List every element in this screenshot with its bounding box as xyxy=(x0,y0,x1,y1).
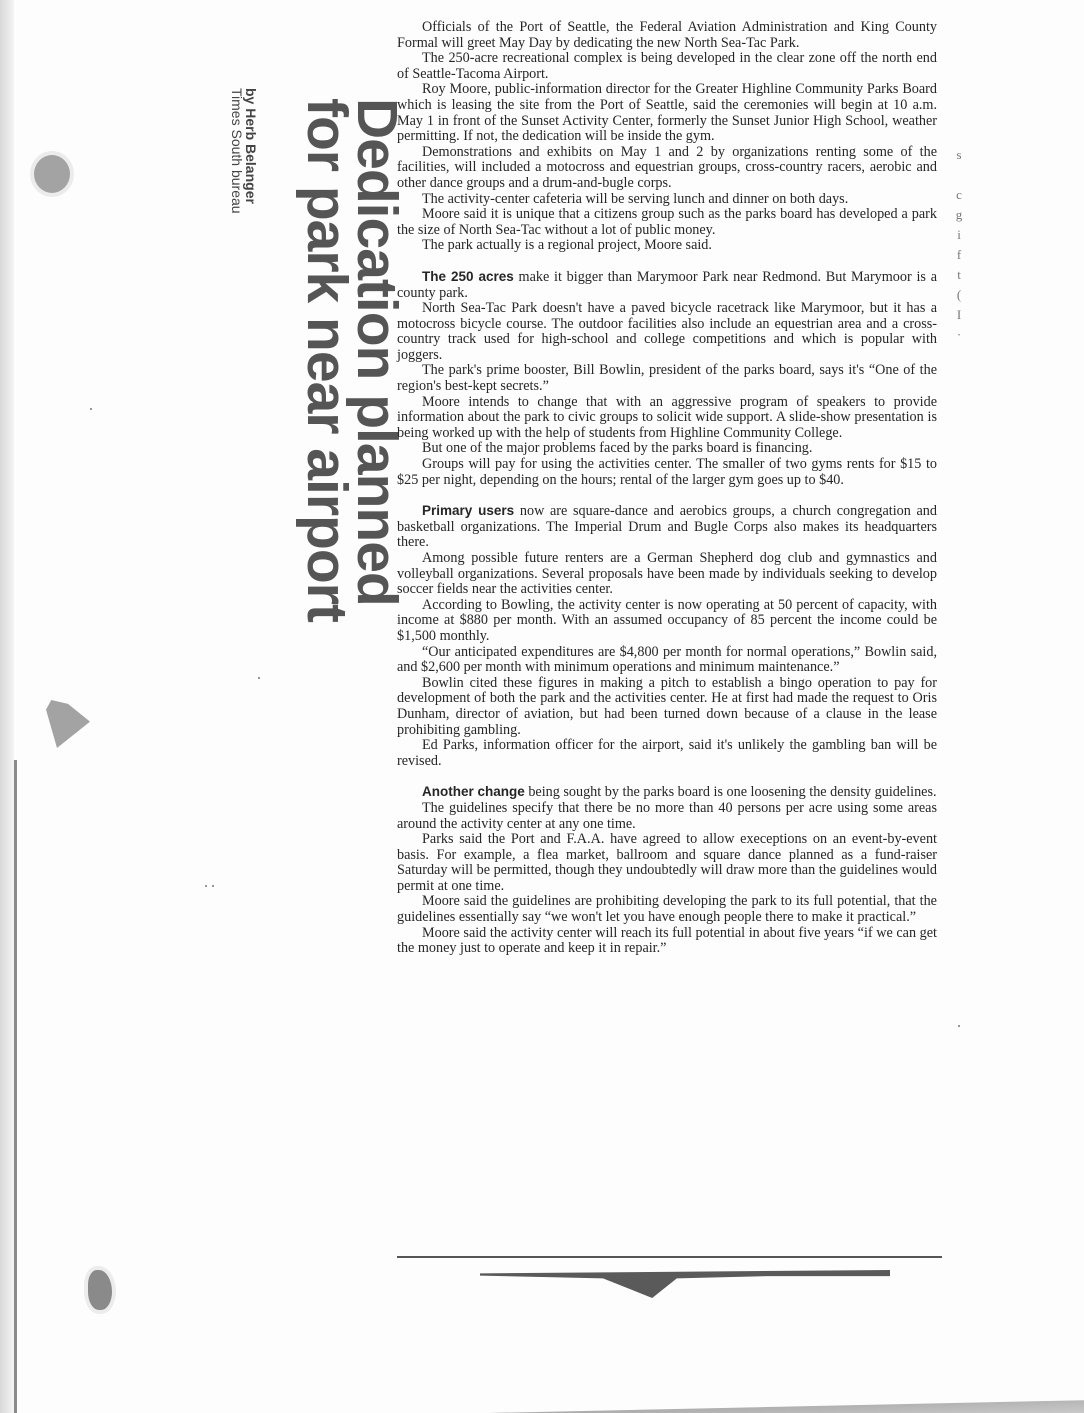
article-paragraph: Moore said it is unique that a citizens … xyxy=(397,207,937,238)
article-paragraph: Moore intends to change that with an agg… xyxy=(397,395,937,442)
speck xyxy=(212,885,214,887)
byline-author: by Herb Belanger xyxy=(244,88,258,214)
headline-block: Dedication planned for park near airport… xyxy=(158,88,408,648)
fragment-char: g xyxy=(954,205,964,225)
paragraph-text: Moore said it is unique that a citizens … xyxy=(397,206,937,238)
article-paragraph: The 250-acre recreational complex is bei… xyxy=(397,51,937,82)
paragraph-text: But one of the major problems faced by t… xyxy=(422,440,812,456)
article-paragraph: Primary users now are square-dance and a… xyxy=(397,503,937,551)
article-paragraph: Roy Moore, public-information director f… xyxy=(397,82,937,144)
paragraph-text: The park actually is a regional project,… xyxy=(422,237,712,253)
speck xyxy=(90,408,92,410)
headline-line-1: Dedication planned xyxy=(352,98,402,658)
article-paragraph: Officials of the Port of Seattle, the Fe… xyxy=(397,20,937,51)
article-paragraph: Among possible future renters are a Germ… xyxy=(397,551,937,598)
punch-hole xyxy=(88,1270,112,1310)
paragraph-text: The guidelines specify that there be no … xyxy=(397,800,937,832)
paragraph-text: Roy Moore, public-information director f… xyxy=(397,81,937,144)
paragraph-text: Moore said the guidelines are prohibitin… xyxy=(397,893,937,925)
fragment-char: i xyxy=(954,225,964,245)
article-paragraph: Another change being sought by the parks… xyxy=(397,784,937,801)
article-paragraph: Ed Parks, information officer for the ai… xyxy=(397,738,937,769)
article-paragraph: Bowlin cited these figures in making a p… xyxy=(397,676,937,738)
paragraph-text: Groups will pay for using the activities… xyxy=(397,456,937,488)
paragraph-text: Among possible future renters are a Germ… xyxy=(397,550,937,597)
article-paragraph: Moore said the guidelines are prohibitin… xyxy=(397,894,937,925)
byline-bureau: Times South bureau xyxy=(230,88,244,214)
paragraph-text: The activity-center cafeteria will be se… xyxy=(422,191,848,207)
paragraph-text: Officials of the Port of Seattle, the Fe… xyxy=(397,19,937,51)
paragraph-text: Moore said the activity center will reac… xyxy=(397,925,937,957)
punch-hole xyxy=(46,700,90,748)
article-paragraph: The 250 acres make it bigger than Marymo… xyxy=(397,269,937,301)
article-body: Officials of the Port of Seattle, the Fe… xyxy=(397,20,937,957)
speck xyxy=(205,885,207,887)
paragraph-text: Bowlin cited these figures in making a p… xyxy=(397,675,937,738)
article-paragraph: “Our anticipated expenditures are $4,800… xyxy=(397,645,937,676)
paragraph-text: Moore intends to change that with an agg… xyxy=(397,394,937,441)
fragment-char: f xyxy=(954,245,964,265)
punch-hole xyxy=(34,155,70,193)
article-paragraph: Moore said the activity center will reac… xyxy=(397,926,937,957)
paragraph-text: The park's prime booster, Bill Bowlin, p… xyxy=(397,362,937,394)
section-lead-in: Another change xyxy=(422,784,525,799)
article-paragraph: The activity-center cafeteria will be se… xyxy=(397,192,937,208)
article-paragraph: The park actually is a regional project,… xyxy=(397,238,937,254)
fragment-char: t xyxy=(954,265,964,285)
paragraph-text: North Sea-Tac Park doesn't have a paved … xyxy=(397,300,937,363)
page-fold-line xyxy=(14,760,17,1413)
headline-line-2: for park near airport xyxy=(302,98,352,658)
article-paragraph: According to Bowling, the activity cente… xyxy=(397,598,937,645)
page-bottom-shadow xyxy=(0,1373,1084,1413)
section-lead-in: Primary users xyxy=(422,503,514,518)
byline: by Herb Belanger Times South bureau xyxy=(230,88,258,214)
paragraph-text: “Our anticipated expenditures are $4,800… xyxy=(397,644,937,676)
end-rule xyxy=(397,1256,942,1258)
article-paragraph: Demonstrations and exhibits on May 1 and… xyxy=(397,145,937,192)
fragment-char: ( xyxy=(954,285,964,305)
section-lead-in: The 250 acres xyxy=(422,269,514,284)
paragraph-text: Parks said the Port and F.A.A. have agre… xyxy=(397,831,937,894)
article-paragraph: But one of the major problems faced by t… xyxy=(397,441,937,457)
ink-smear xyxy=(480,1270,890,1298)
adjacent-column-fragment: scgift(I· xyxy=(954,145,964,345)
article-paragraph: North Sea-Tac Park doesn't have a paved … xyxy=(397,301,937,363)
fragment-char: I xyxy=(954,305,964,325)
page-left-edge xyxy=(0,0,14,1413)
paragraph-text: being sought by the parks board is one l… xyxy=(525,784,937,800)
speck xyxy=(958,1025,960,1027)
article-paragraph: Groups will pay for using the activities… xyxy=(397,457,937,488)
fragment-char: · xyxy=(954,325,964,345)
fragment-char: c xyxy=(954,185,964,205)
paragraph-text: The 250-acre recreational complex is bei… xyxy=(397,50,937,82)
fragment-char: s xyxy=(954,145,964,165)
paragraph-text: Demonstrations and exhibits on May 1 and… xyxy=(397,144,937,191)
paragraph-text: Ed Parks, information officer for the ai… xyxy=(397,737,937,769)
paragraph-text: According to Bowling, the activity cente… xyxy=(397,597,937,644)
headline: Dedication planned for park near airport xyxy=(302,98,402,658)
article-paragraph: Parks said the Port and F.A.A. have agre… xyxy=(397,832,937,894)
article-paragraph: The guidelines specify that there be no … xyxy=(397,801,937,832)
article-paragraph: The park's prime booster, Bill Bowlin, p… xyxy=(397,363,937,394)
speck xyxy=(258,677,260,679)
